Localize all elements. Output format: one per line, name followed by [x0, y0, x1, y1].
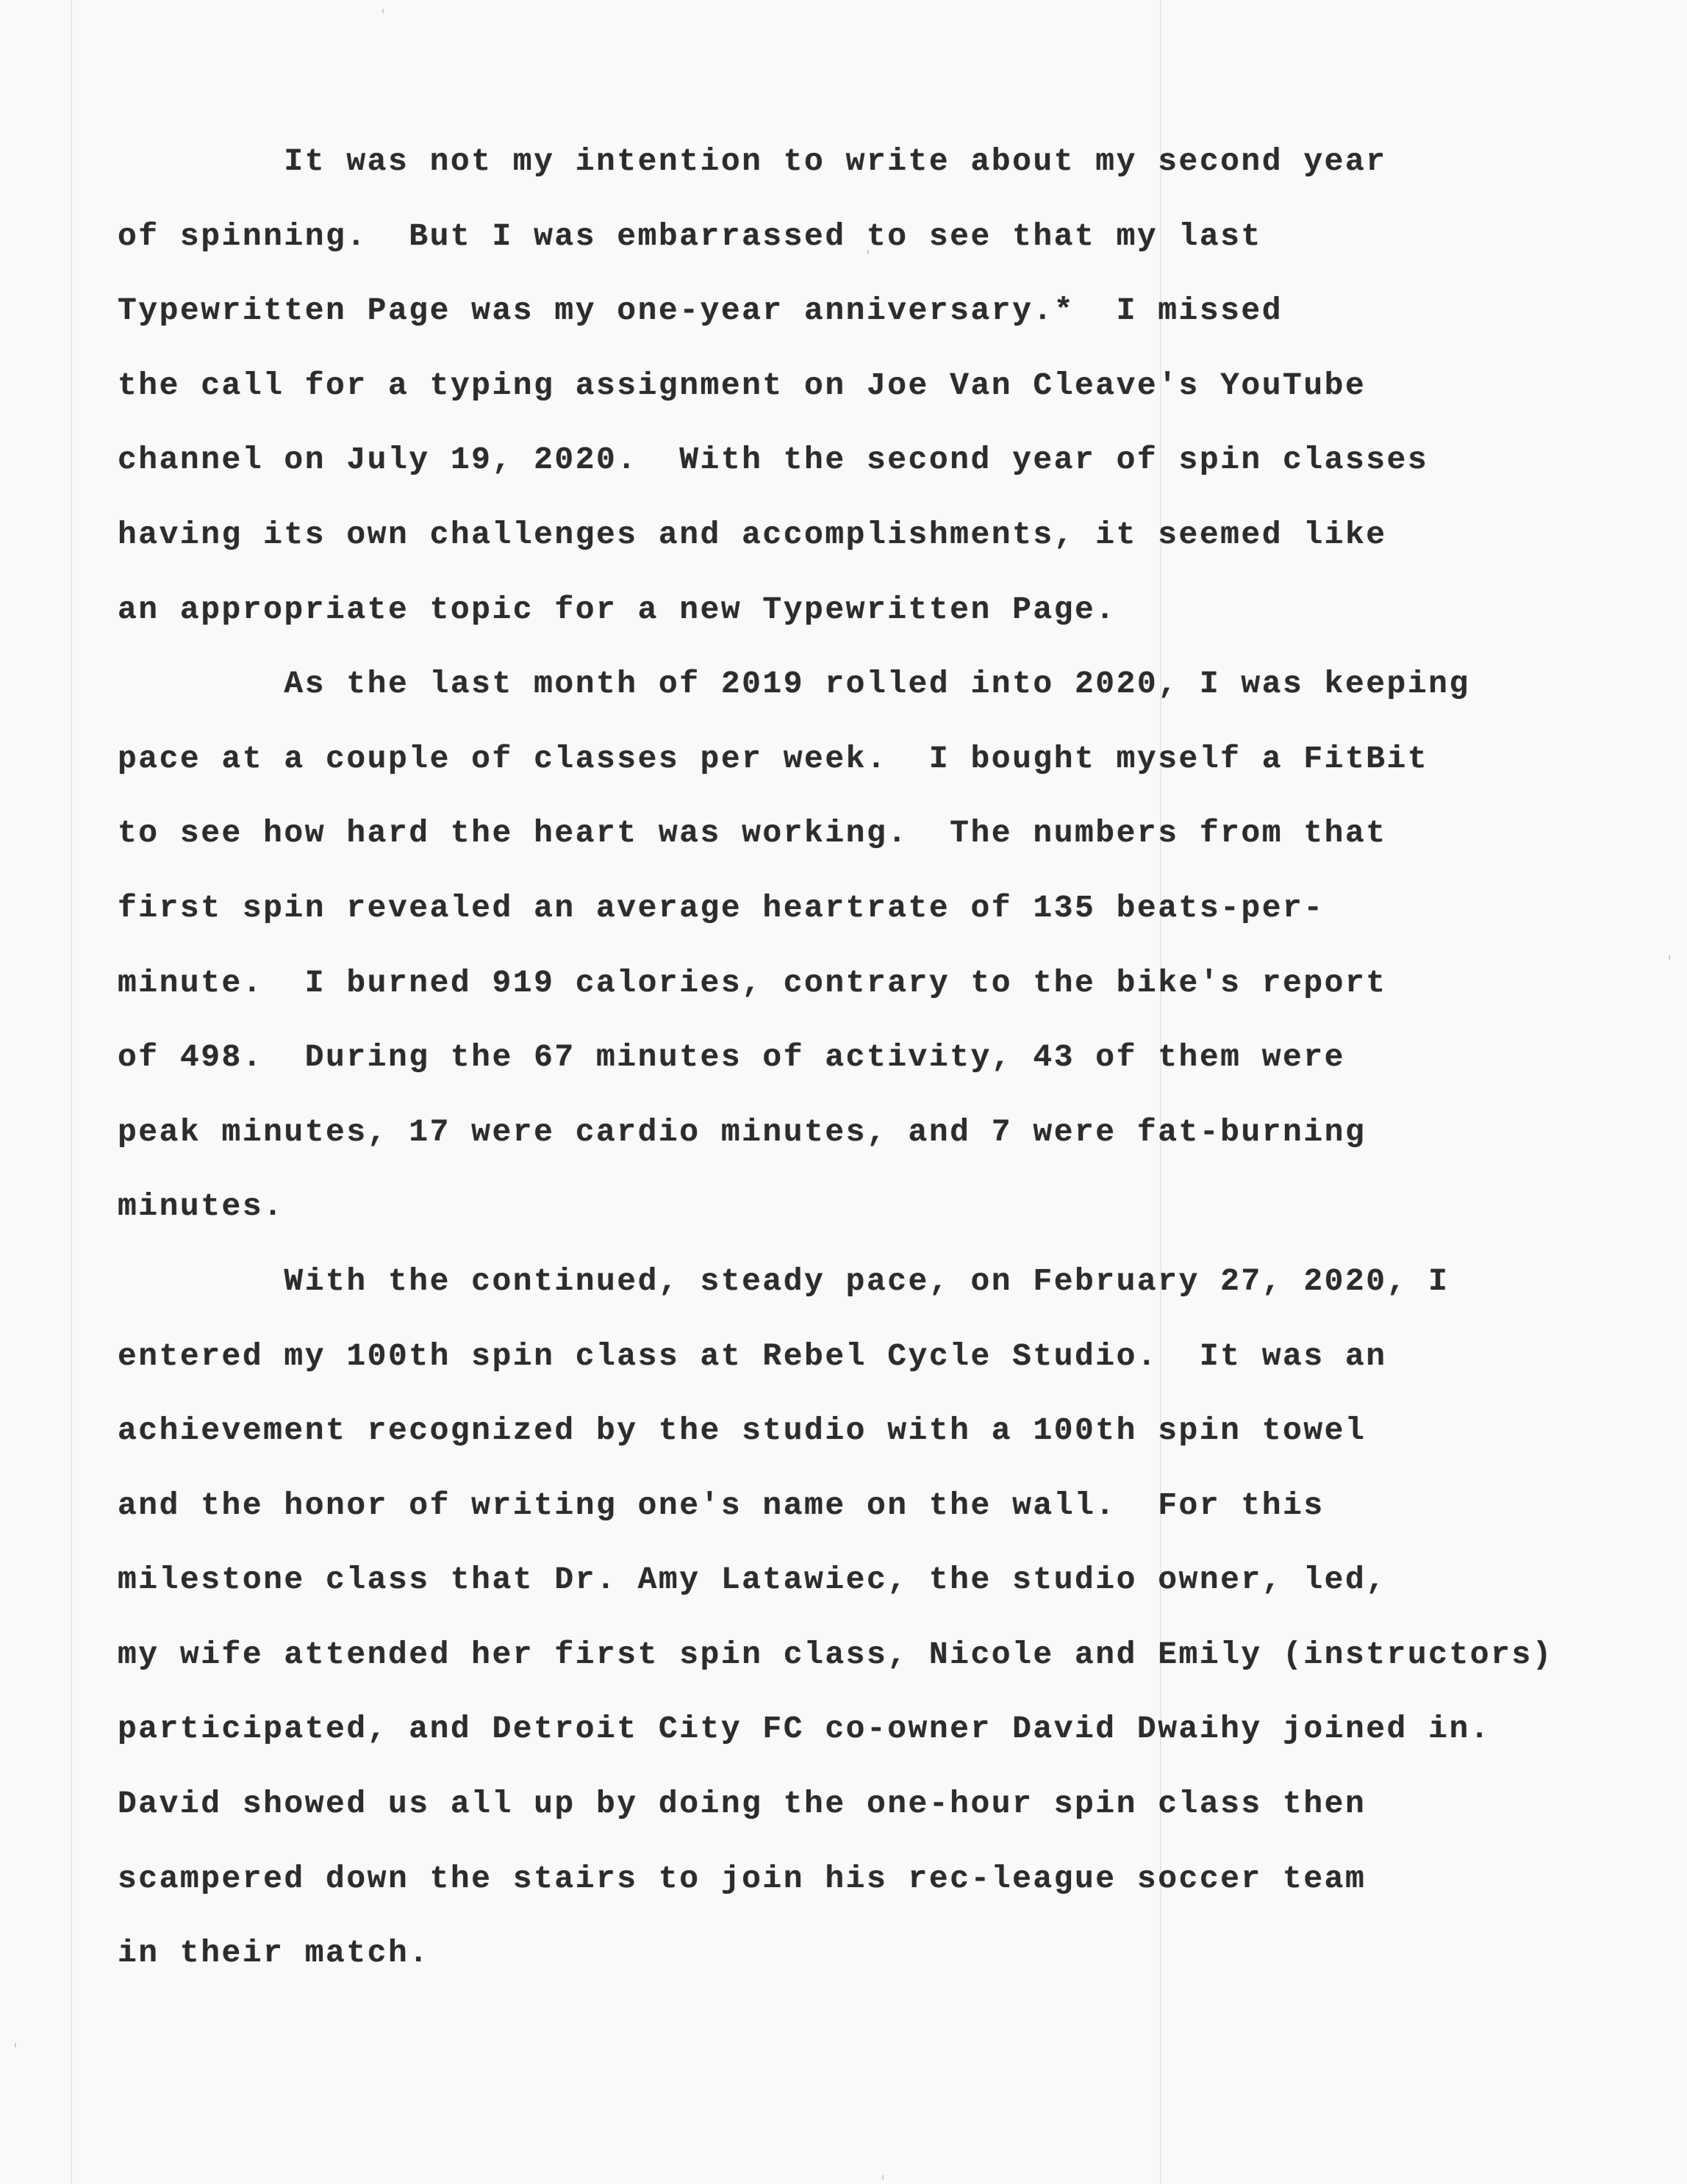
text-line: of 498. During the 67 minutes of activit… — [118, 1032, 1647, 1107]
text-line: having its own challenges and accomplish… — [118, 509, 1647, 584]
text-line: minute. I burned 919 calories, contrary … — [118, 958, 1647, 1032]
text-line: of spinning. But I was embarrassed to se… — [118, 211, 1647, 286]
text-line: Typewritten Page was my one-year anniver… — [118, 285, 1647, 360]
text-line: participated, and Detroit City FC co-own… — [118, 1703, 1647, 1778]
text-line: David showed us all up by doing the one-… — [118, 1778, 1647, 1853]
text-line: As the last month of 2019 rolled into 20… — [118, 658, 1647, 733]
text-line: in their match. — [118, 1928, 1647, 2002]
text-line: milestone class that Dr. Amy Latawiec, t… — [118, 1554, 1647, 1629]
text-line: pace at a couple of classes per week. I … — [118, 733, 1647, 808]
scan-speck — [1669, 955, 1670, 960]
scan-speck — [867, 250, 869, 254]
text-line: minutes. — [118, 1181, 1647, 1256]
text-line: peak minutes, 17 were cardio minutes, an… — [118, 1107, 1647, 1182]
scan-margin-line — [71, 0, 72, 2184]
text-line: my wife attended her first spin class, N… — [118, 1629, 1647, 1704]
text-line: the call for a typing assignment on Joe … — [118, 360, 1647, 435]
text-line: It was not my intention to write about m… — [118, 136, 1647, 211]
text-line: and the honor of writing one's name on t… — [118, 1480, 1647, 1555]
text-line: an appropriate topic for a new Typewritt… — [118, 584, 1647, 659]
text-line: achievement recognized by the studio wit… — [118, 1405, 1647, 1480]
text-line: With the continued, steady pace, on Febr… — [118, 1256, 1647, 1331]
scan-speck — [15, 2043, 16, 2047]
scan-speck — [882, 2175, 884, 2180]
text-line: to see how hard the heart was working. T… — [118, 808, 1647, 883]
text-line: entered my 100th spin class at Rebel Cyc… — [118, 1331, 1647, 1406]
document-body: It was not my intention to write about m… — [118, 136, 1647, 2002]
text-line: scampered down the stairs to join his re… — [118, 1853, 1647, 1928]
scan-speck — [382, 9, 384, 13]
typewritten-page: It was not my intention to write about m… — [0, 0, 1687, 2184]
text-line: first spin revealed an average heartrate… — [118, 883, 1647, 958]
text-line: channel on July 19, 2020. With the secon… — [118, 434, 1647, 509]
